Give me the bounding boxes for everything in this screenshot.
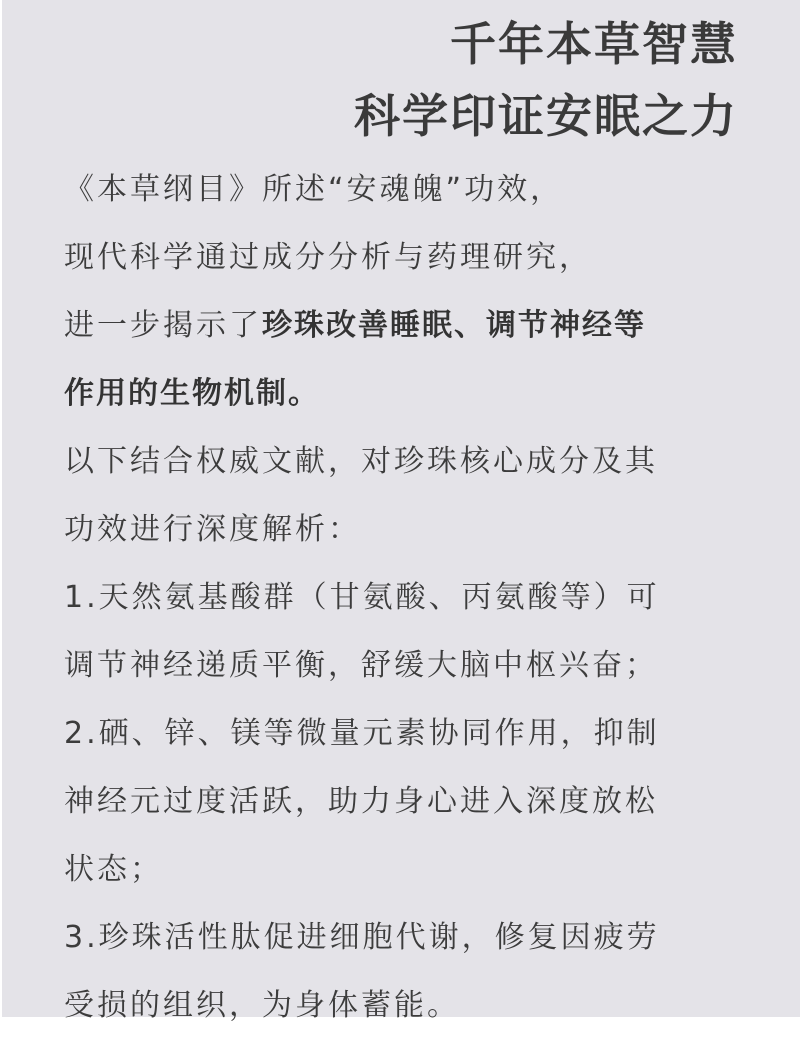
title-block: 千年本草智慧 科学印证安眠之力: [354, 8, 738, 152]
intro-line-4: 作用的生物机制。: [64, 360, 754, 428]
article-page: 千年本草智慧 科学印证安眠之力 《本草纲目》所述“安魂魄”功效， 现代科学通过成…: [2, 0, 800, 1017]
article-body: 《本草纲目》所述“安魂魄”功效， 现代科学通过成分分析与药理研究， 进一步揭示了…: [64, 156, 754, 1020]
title-line-1: 千年本草智慧: [354, 8, 738, 80]
intro-highlight: 珍珠改善睡眠、调节神经等: [262, 308, 646, 343]
point-2-line-2: 神经元过度活跃，助力身心进入深度放松: [64, 768, 754, 836]
intro-line-1: 《本草纲目》所述“安魂魄”功效，: [64, 156, 754, 224]
intro-line-3: 进一步揭示了珍珠改善睡眠、调节神经等: [64, 292, 754, 360]
title-line-2: 科学印证安眠之力: [354, 80, 738, 152]
point-1-line-2: 调节神经递质平衡，舒缓大脑中枢兴奋；: [64, 632, 754, 700]
point-1-line-1: 1.天然氨基酸群（甘氨酸、丙氨酸等）可: [64, 564, 754, 632]
lead-line-1: 以下结合权威文献，对珍珠核心成分及其: [64, 428, 754, 496]
intro-line-3-normal: 进一步揭示了: [64, 308, 262, 343]
point-3-line-2: 受损的组织，为身体蓄能。: [64, 972, 754, 1020]
intro-line-2: 现代科学通过成分分析与药理研究，: [64, 224, 754, 292]
point-2-line-3: 状态；: [64, 836, 754, 904]
point-2-line-1: 2.硒、锌、镁等微量元素协同作用，抑制: [64, 700, 754, 768]
point-3-line-1: 3.珍珠活性肽促进细胞代谢，修复因疲劳: [64, 904, 754, 972]
lead-line-2: 功效进行深度解析：: [64, 496, 754, 564]
